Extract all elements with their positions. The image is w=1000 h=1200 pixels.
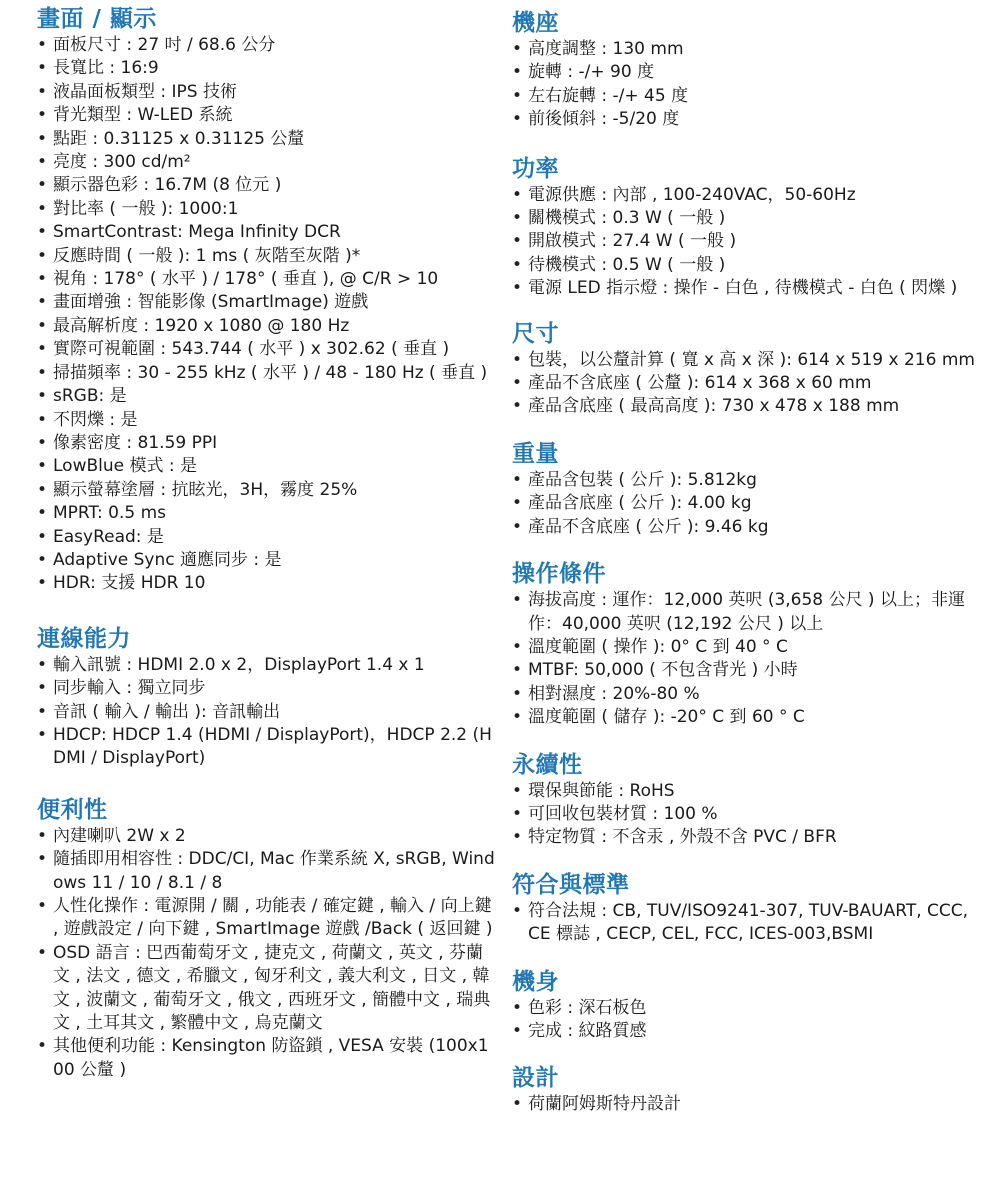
list-item: 液晶面板類型 : IPS 技術 [37, 81, 497, 104]
list-item: Adaptive Sync 適應同步 : 是 [37, 549, 497, 572]
list-item: 輸入訊號 : HDMI 2.0 x 2，DisplayPort 1.4 x 1 [37, 654, 497, 677]
spec-list: 輸入訊號 : HDMI 2.0 x 2，DisplayPort 1.4 x 1 … [37, 654, 497, 771]
list-item: 產品不含底座 ( 公斤 ): 9.46 kg [512, 516, 982, 539]
list-item: 荷蘭阿姆斯特丹設計 [512, 1093, 982, 1116]
list-item: 不閃爍 : 是 [37, 409, 497, 432]
list-item: 反應時間 ( 一般 ): 1 ms ( 灰階至灰階 )* [37, 245, 497, 268]
list-item: 像素密度 : 81.59 PPI [37, 432, 497, 455]
section-title: 功率 [512, 154, 982, 184]
list-item: 面板尺寸 : 27 吋 / 68.6 公分 [37, 34, 497, 57]
list-item: 包裝，以公釐計算 ( 寬 x 高 x 深 ): 614 x 519 x 216 … [512, 349, 982, 372]
list-item: 掃描頻率 : 30 - 255 kHz ( 水平 ) / 48 - 180 Hz… [37, 362, 497, 385]
list-item: 電源供應 : 內部 , 100-240VAC，50-60Hz [512, 184, 982, 207]
list-item: 人性化操作 : 電源開 / 關 , 功能表 / 確定鍵 , 輸入 / 向上鍵 ,… [37, 895, 497, 942]
list-item: 高度調整 : 130 mm [512, 38, 982, 61]
list-item: 關機模式 : 0.3 W ( 一般 ) [512, 207, 982, 230]
spec-list: 電源供應 : 內部 , 100-240VAC，50-60Hz 關機模式 : 0.… [512, 184, 982, 301]
spec-list: 荷蘭阿姆斯特丹設計 [512, 1093, 982, 1116]
list-item: 隨插即用相容性 : DDC/CI, Mac 作業系統 X, sRGB, Wind… [37, 848, 497, 895]
list-item: 最高解析度 : 1920 x 1080 @ 180 Hz [37, 315, 497, 338]
section-title: 便利性 [37, 795, 497, 825]
list-item: 長寬比 : 16:9 [37, 57, 497, 80]
section-title: 機身 [512, 967, 982, 997]
section-convenience: 便利性 內建喇叭 2W x 2 隨插即用相容性 : DDC/CI, Mac 作業… [37, 795, 497, 1082]
spec-list: 包裝，以公釐計算 ( 寬 x 高 x 深 ): 614 x 519 x 216 … [512, 349, 982, 419]
spec-list: 高度調整 : 130 mm 旋轉 : -/+ 90 度 左右旋轉 : -/+ 4… [512, 38, 982, 132]
list-item: MPRT: 0.5 ms [37, 502, 497, 525]
section-sustainability: 永續性 環保與節能 : RoHS 可回收包裝材質 : 100 % 特定物質 : … [512, 750, 982, 850]
section-operating-conditions: 操作條件 海拔高度 : 運作：12,000 英呎 (3,658 公尺 ) 以上；… [512, 559, 982, 729]
section-title: 永續性 [512, 750, 982, 780]
list-item: 顯示螢幕塗層 : 抗眩光，3H，霧度 25% [37, 479, 497, 502]
list-item: HDR: 支援 HDR 10 [37, 572, 497, 595]
list-item: 產品不含底座 ( 公釐 ): 614 x 368 x 60 mm [512, 372, 982, 395]
list-item: EasyRead: 是 [37, 526, 497, 549]
list-item: 海拔高度 : 運作：12,000 英呎 (3,658 公尺 ) 以上；非運作：4… [512, 589, 982, 636]
section-display: 畫面 / 顯示 面板尺寸 : 27 吋 / 68.6 公分 長寬比 : 16:9… [37, 4, 497, 596]
list-item: 開啟模式 : 27.4 W ( 一般 ) [512, 230, 982, 253]
list-item: 產品含包裝 ( 公斤 ): 5.812kg [512, 469, 982, 492]
section-stand: 機座 高度調整 : 130 mm 旋轉 : -/+ 90 度 左右旋轉 : -/… [512, 8, 982, 132]
list-item: 待機模式 : 0.5 W ( 一般 ) [512, 254, 982, 277]
list-item: 對比率 ( 一般 ): 1000:1 [37, 198, 497, 221]
list-item: 溫度範圍 ( 操作 ): 0° C 到 40 ° C [512, 636, 982, 659]
list-item: 可回收包裝材質 : 100 % [512, 803, 982, 826]
list-item: 前後傾斜 : -5/20 度 [512, 108, 982, 131]
section-design: 設計 荷蘭阿姆斯特丹設計 [512, 1063, 982, 1116]
list-item: 顯示器色彩 : 16.7M (8 位元 ) [37, 174, 497, 197]
spec-list: 內建喇叭 2W x 2 隨插即用相容性 : DDC/CI, Mac 作業系統 X… [37, 825, 497, 1082]
list-item: sRGB: 是 [37, 385, 497, 408]
section-title: 尺寸 [512, 319, 982, 349]
list-item: 點距 : 0.31125 x 0.31125 公釐 [37, 128, 497, 151]
list-item: 電源 LED 指示燈 : 操作 - 白色 , 待機模式 - 白色 ( 閃爍 ) [512, 277, 982, 300]
list-item: 左右旋轉 : -/+ 45 度 [512, 85, 982, 108]
list-item: 產品含底座 ( 公斤 ): 4.00 kg [512, 492, 982, 515]
list-item: SmartContrast: Mega Infinity DCR [37, 221, 497, 244]
list-item: 畫面增強 : 智能影像 (SmartImage) 遊戲 [37, 291, 497, 314]
section-compliance: 符合與標準 符合法規 : CB, TUV/ISO9241-307, TUV-BA… [512, 870, 982, 947]
section-title: 符合與標準 [512, 870, 982, 900]
list-item: 特定物質 : 不含汞 , 外殼不含 PVC / BFR [512, 826, 982, 849]
spec-list: 符合法規 : CB, TUV/ISO9241-307, TUV-BAUART, … [512, 900, 982, 947]
spec-list: 環保與節能 : RoHS 可回收包裝材質 : 100 % 特定物質 : 不含汞 … [512, 780, 982, 850]
list-item: 完成 : 紋路質感 [512, 1020, 982, 1043]
spec-list: 產品含包裝 ( 公斤 ): 5.812kg 產品含底座 ( 公斤 ): 4.00… [512, 469, 982, 539]
spec-list: 面板尺寸 : 27 吋 / 68.6 公分 長寬比 : 16:9 液晶面板類型 … [37, 34, 497, 596]
section-dimensions: 尺寸 包裝，以公釐計算 ( 寬 x 高 x 深 ): 614 x 519 x 2… [512, 319, 982, 419]
list-item: 視角 : 178° ( 水平 ) / 178° ( 垂直 ), @ C/R > … [37, 268, 497, 291]
section-cabinet: 機身 色彩 : 深石板色 完成 : 紋路質感 [512, 967, 982, 1044]
section-title: 設計 [512, 1063, 982, 1093]
list-item: MTBF: 50,000 ( 不包含背光 ) 小時 [512, 659, 982, 682]
left-column: 畫面 / 顯示 面板尺寸 : 27 吋 / 68.6 公分 長寬比 : 16:9… [37, 0, 497, 1082]
list-item: 同步輸入 : 獨立同步 [37, 677, 497, 700]
list-item: 音訊 ( 輸入 / 輸出 ): 音訊輸出 [37, 701, 497, 724]
section-title: 機座 [512, 8, 982, 38]
list-item: 符合法規 : CB, TUV/ISO9241-307, TUV-BAUART, … [512, 900, 982, 947]
list-item: 亮度 : 300 cd/m² [37, 151, 497, 174]
list-item: 內建喇叭 2W x 2 [37, 825, 497, 848]
list-item: 相對濕度 : 20%-80 % [512, 683, 982, 706]
list-item: 其他便利功能 : Kensington 防盜鎖 , VESA 安裝 (100x1… [37, 1035, 497, 1082]
section-title: 連線能力 [37, 624, 497, 654]
section-title: 操作條件 [512, 559, 982, 589]
list-item: 溫度範圍 ( 儲存 ): -20° C 到 60 ° C [512, 706, 982, 729]
list-item: 色彩 : 深石板色 [512, 997, 982, 1020]
right-column: 機座 高度調整 : 130 mm 旋轉 : -/+ 90 度 左右旋轉 : -/… [512, 0, 982, 1117]
spec-list: 色彩 : 深石板色 完成 : 紋路質感 [512, 997, 982, 1044]
section-title: 畫面 / 顯示 [37, 4, 497, 34]
list-item: HDCP: HDCP 1.4 (HDMI / DisplayPort)，HDCP… [37, 724, 497, 771]
list-item: 背光類型 : W-LED 系統 [37, 104, 497, 127]
list-item: 旋轉 : -/+ 90 度 [512, 61, 982, 84]
list-item: 實際可視範圍 : 543.744 ( 水平 ) x 302.62 ( 垂直 ) [37, 338, 497, 361]
list-item: 產品含底座 ( 最高高度 ): 730 x 478 x 188 mm [512, 395, 982, 418]
section-title: 重量 [512, 439, 982, 469]
section-power: 功率 電源供應 : 內部 , 100-240VAC，50-60Hz 關機模式 :… [512, 154, 982, 301]
list-item: 環保與節能 : RoHS [512, 780, 982, 803]
list-item: OSD 語言 : 巴西葡萄牙文 , 捷克文 , 荷蘭文 , 英文 , 芬蘭文 ,… [37, 942, 497, 1036]
section-weight: 重量 產品含包裝 ( 公斤 ): 5.812kg 產品含底座 ( 公斤 ): 4… [512, 439, 982, 539]
spec-list: 海拔高度 : 運作：12,000 英呎 (3,658 公尺 ) 以上；非運作：4… [512, 589, 982, 729]
list-item: LowBlue 模式 : 是 [37, 455, 497, 478]
section-connectivity: 連線能力 輸入訊號 : HDMI 2.0 x 2，DisplayPort 1.4… [37, 624, 497, 771]
